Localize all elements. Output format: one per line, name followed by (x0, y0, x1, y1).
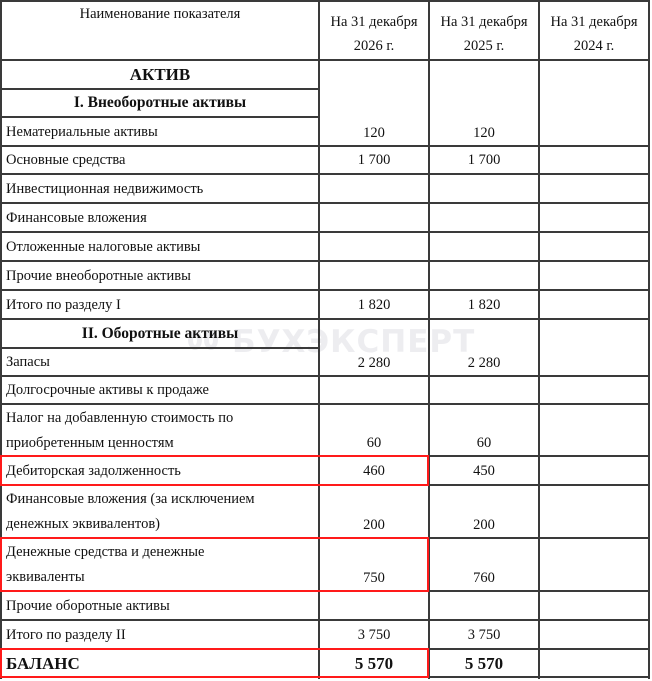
row-divider (0, 59, 650, 61)
header-period-line2: 2024 г. (540, 34, 648, 58)
value-cell-2025: 450 (430, 457, 538, 485)
value-cell-2024 (540, 377, 648, 404)
row-label: Запасы (2, 349, 318, 376)
row-label-line2: денежных эквивалентов) (6, 512, 318, 537)
row-label-line1: Налог на добавленную стоимость по (6, 406, 318, 431)
value-cell-2025 (430, 233, 538, 261)
row-label-line1: Финансовые вложения (за исключением (6, 487, 318, 512)
value-cell-2024 (540, 175, 648, 203)
header-period-2026: На 31 декабря 2026 г. (320, 10, 428, 58)
header-period-line1: На 31 декабря (540, 10, 648, 34)
row-divider (0, 455, 650, 457)
row-divider (0, 619, 650, 621)
value-cell-2026 (320, 592, 428, 620)
row-label: Итого по разделу I (2, 291, 318, 319)
value-cell-2025 (430, 262, 538, 290)
value-cell-2024 (540, 431, 648, 456)
row-label: Прочие внеоборотные активы (2, 262, 318, 290)
header-period-line1: На 31 декабря (320, 10, 428, 34)
column-divider (648, 0, 650, 679)
value-cell-2024 (540, 291, 648, 319)
value-cell-2024 (540, 566, 648, 591)
value-cell-2026: 3 750 (320, 621, 428, 649)
value-cell-2026: 2 280 (320, 351, 428, 376)
row-label: Дебиторская задолженность (2, 457, 318, 485)
row-label-line2: приобретенным ценностям (6, 431, 318, 456)
row-label: Денежные средства и денежныеэквиваленты (2, 539, 318, 591)
row-label-line1: Денежные средства и денежные (6, 540, 318, 565)
row-divider (0, 145, 650, 147)
row-divider (0, 289, 650, 291)
section2-heading: II. Оборотные активы (2, 319, 318, 348)
header-period-line2: 2025 г. (430, 34, 538, 58)
value-cell-2025: 120 (430, 121, 538, 146)
column-divider (538, 0, 540, 679)
row-divider (0, 484, 650, 486)
row-label: БАЛАНС (2, 650, 318, 677)
row-divider (0, 648, 650, 650)
column-divider (318, 0, 320, 679)
asset-heading: АКТИВ (2, 61, 318, 88)
value-cell-2026: 60 (320, 431, 428, 456)
value-cell-2024 (540, 204, 648, 232)
header-period-line2: 2026 г. (320, 34, 428, 58)
value-cell-2024 (540, 457, 648, 485)
row-label: Финансовые вложения (2, 204, 318, 232)
row-divider (0, 318, 650, 320)
row-label: Прочие оборотные активы (2, 592, 318, 620)
header-name-column: Наименование показателя (2, 2, 318, 58)
value-cell-2025: 2 280 (430, 351, 538, 376)
row-divider (0, 590, 650, 592)
value-cell-2026: 1 820 (320, 291, 428, 319)
value-cell-2026: 120 (320, 121, 428, 146)
value-cell-2026: 200 (320, 513, 428, 538)
value-cell-2024 (540, 650, 648, 677)
column-divider (428, 0, 430, 679)
value-cell-2025: 1 820 (430, 291, 538, 319)
value-cell-2025 (430, 204, 538, 232)
value-cell-2025 (430, 377, 538, 404)
row-divider (0, 375, 650, 377)
value-cell-2024 (540, 621, 648, 649)
value-cell-2025: 60 (430, 431, 538, 456)
row-divider (0, 347, 320, 349)
value-cell-2026: 750 (320, 566, 428, 591)
row-divider (0, 260, 650, 262)
column-divider (0, 0, 2, 679)
row-label: Итого по разделу II (2, 621, 318, 649)
value-cell-2024 (540, 592, 648, 620)
section1-heading: I. Внеоборотные активы (2, 89, 318, 117)
value-cell-2026 (320, 233, 428, 261)
value-cell-2025: 3 750 (430, 621, 538, 649)
value-cell-2026: 5 570 (320, 650, 428, 677)
value-cell-2025 (430, 175, 538, 203)
value-cell-2025: 5 570 (430, 650, 538, 677)
row-divider (0, 403, 650, 405)
value-cell-2025: 200 (430, 513, 538, 538)
header-period-line1: На 31 декабря (430, 10, 538, 34)
value-cell-2026 (320, 377, 428, 404)
row-divider (0, 231, 650, 233)
header-period-2025: На 31 декабря 2025 г. (430, 10, 538, 58)
row-divider (0, 88, 320, 90)
row-divider (0, 116, 320, 118)
value-cell-2026: 460 (320, 457, 428, 485)
row-label: Нематериальные активы (2, 118, 318, 146)
row-divider (0, 676, 650, 678)
value-cell-2025: 1 700 (430, 147, 538, 174)
row-label: Налог на добавленную стоимость поприобре… (2, 405, 318, 456)
row-label-line2: эквиваленты (6, 565, 318, 590)
value-cell-2024 (540, 121, 648, 146)
value-cell-2026 (320, 175, 428, 203)
row-label: Финансовые вложения (за исключениемденеж… (2, 486, 318, 538)
row-label: Основные средства (2, 147, 318, 174)
value-cell-2024 (540, 513, 648, 538)
value-cell-2024 (540, 147, 648, 174)
header-period-2024: На 31 декабря 2024 г. (540, 10, 648, 58)
row-divider (0, 173, 650, 175)
value-cell-2026 (320, 262, 428, 290)
row-label: Отложенные налоговые активы (2, 233, 318, 261)
value-cell-2025 (430, 592, 538, 620)
row-divider (0, 202, 650, 204)
header-name-label: Наименование показателя (2, 2, 318, 26)
balance-sheet-table: БУХЭКСПЕРТ Наименование показателя На 31… (0, 0, 652, 681)
row-divider (0, 0, 650, 2)
value-cell-2024 (540, 351, 648, 376)
value-cell-2024 (540, 262, 648, 290)
value-cell-2026 (320, 204, 428, 232)
value-cell-2024 (540, 233, 648, 261)
value-cell-2025: 760 (430, 566, 538, 591)
row-label: Долгосрочные активы к продаже (2, 377, 318, 404)
value-cell-2026: 1 700 (320, 147, 428, 174)
row-label: Инвестиционная недвижимость (2, 175, 318, 203)
row-divider (0, 537, 650, 539)
